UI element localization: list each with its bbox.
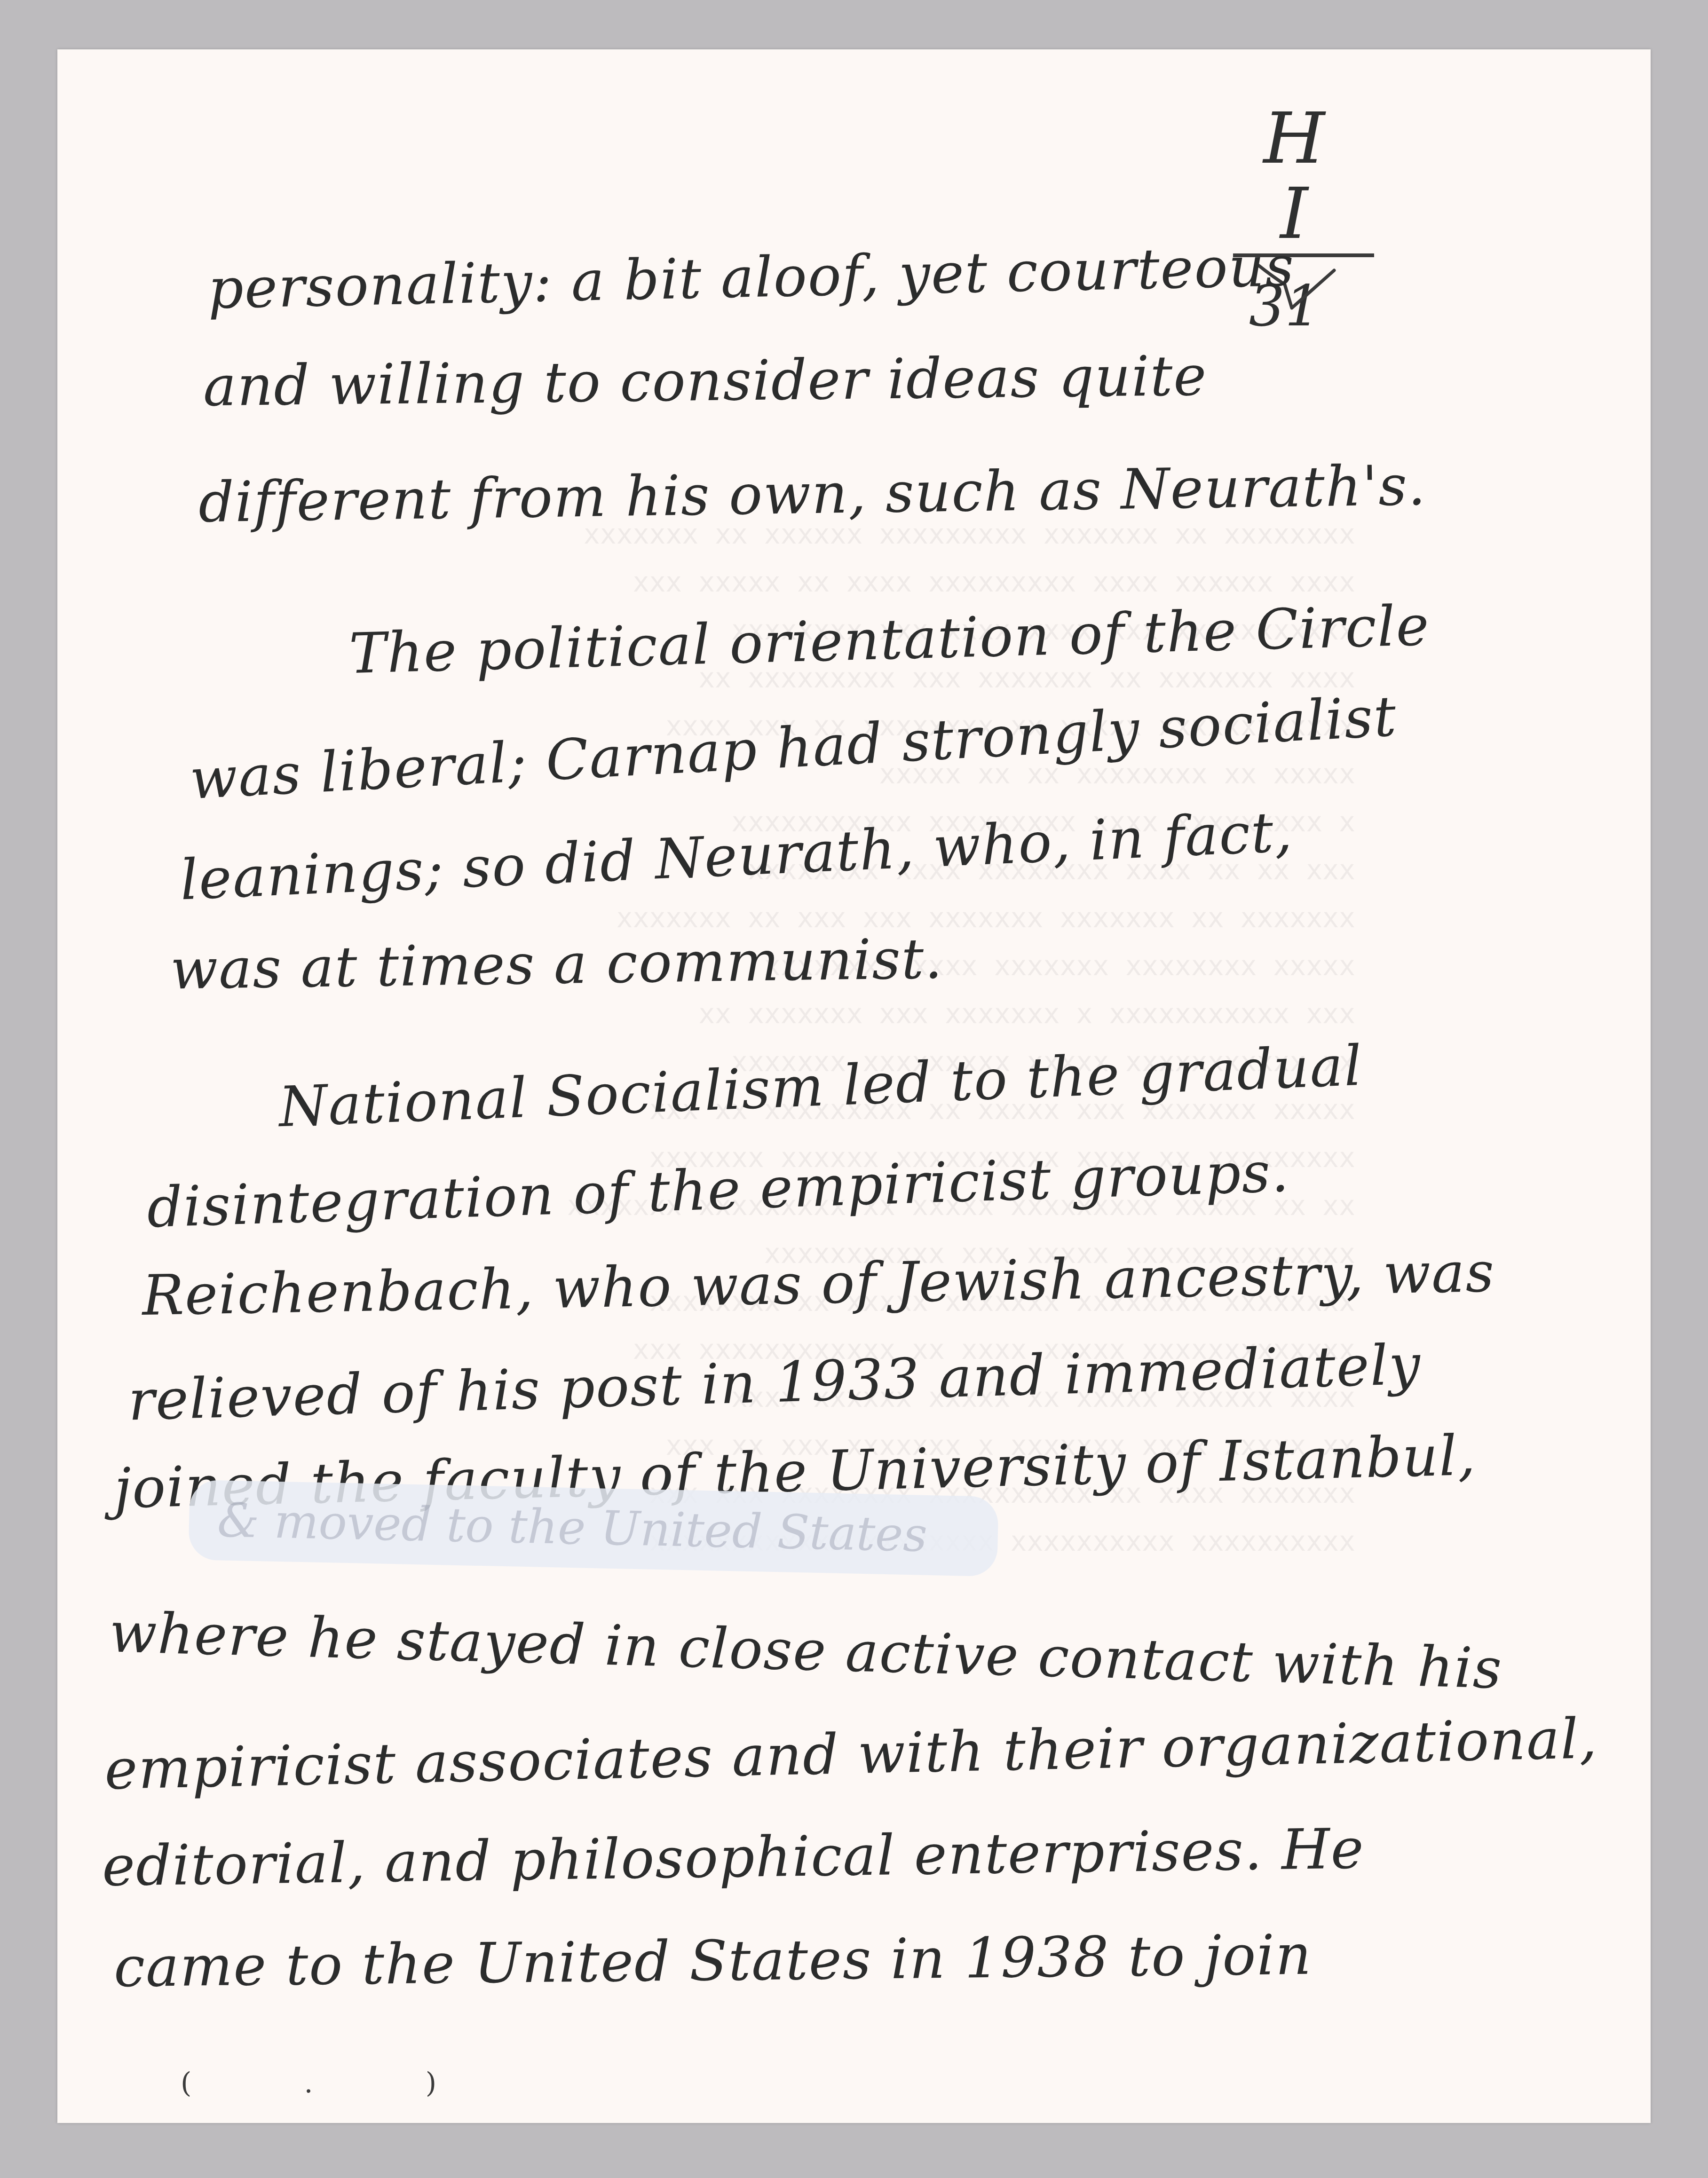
text-line: leanings; so did Neurath, who, in fact, — [179, 801, 1294, 910]
text-line: editorial, and philosophical enterprises… — [102, 1818, 1365, 1896]
section-label: H I — [1233, 101, 1374, 257]
manuscript-page: xxxxxxxx xx xxxxxxx xxxxxxxxx xxxxxx xx … — [57, 49, 1651, 2123]
text-line: The political orientation of the Circle — [348, 595, 1431, 684]
text-line: National Socialism led to the gradual — [277, 1035, 1363, 1137]
text-line: Reichenbach, who was of Jewish ancestry,… — [142, 1241, 1495, 1326]
text-line: was liberal; Carnap had strongly sociali… — [188, 686, 1398, 810]
text-line: was at times a communist. — [170, 928, 943, 1000]
footer-mark: ( . ) — [181, 2067, 488, 2099]
text-line: personality: a bit aloof, yet courteous — [207, 236, 1295, 319]
text-line: relieved of his post in 1933 and immedia… — [127, 1334, 1422, 1431]
page-mark: H I 31 — [1219, 101, 1388, 337]
text-line: disintegration of the empiricist groups. — [146, 1141, 1291, 1238]
text-line: came to the United States in 1938 to joi… — [113, 1924, 1312, 1998]
text-line: different from his own, such as Neurath'… — [198, 455, 1427, 533]
erased-line: & moved to the United States — [188, 1480, 998, 1577]
text-line: where he stayed in close active contact … — [109, 1602, 1503, 1699]
text-line: empiricist associates and with their org… — [104, 1708, 1598, 1800]
text-line: and willing to consider ideas quite — [203, 345, 1207, 417]
